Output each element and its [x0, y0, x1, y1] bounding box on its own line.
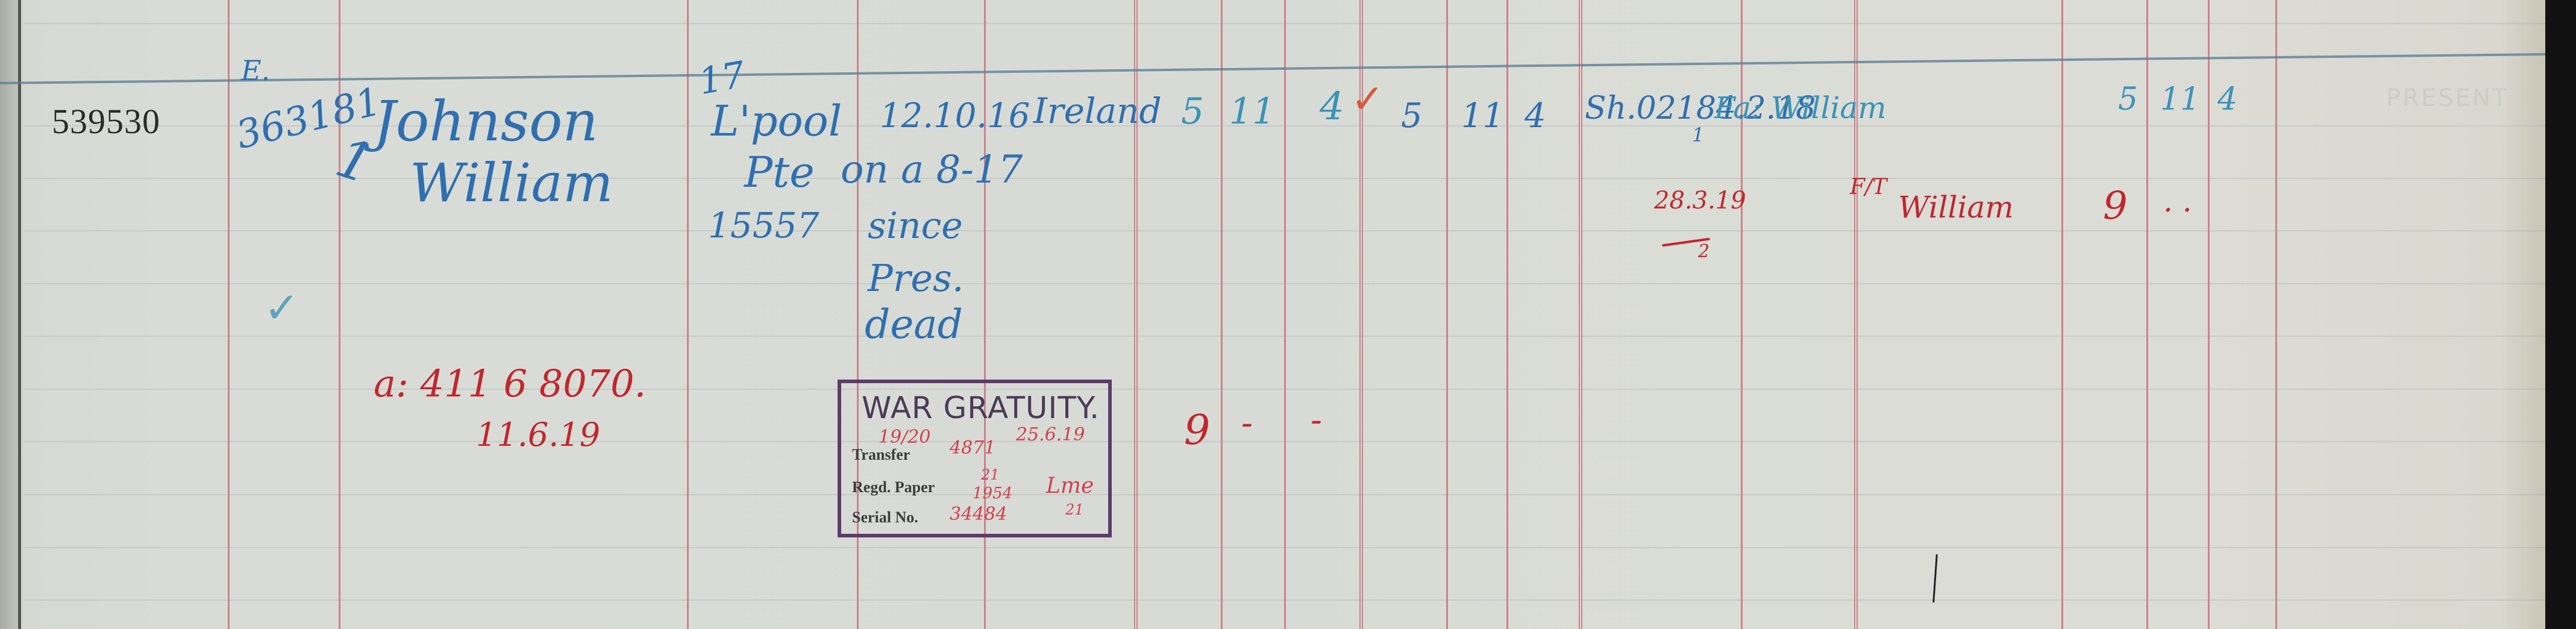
note-presumed: Pres. — [868, 256, 964, 300]
pale-rule — [24, 178, 2550, 179]
note-since: since — [868, 205, 963, 247]
amount-2-pounds: 5 — [1401, 96, 1423, 136]
second-payment-payee: William — [1898, 190, 2014, 225]
amount-3-pence: 4 — [2217, 81, 2237, 117]
column-rule — [1506, 0, 1508, 629]
stamp-title: WAR GRATUITY. — [862, 390, 1100, 425]
pale-rule — [24, 336, 2550, 337]
second-payment-sub: 2 — [1698, 241, 1709, 262]
forename: William — [410, 152, 613, 214]
second-payment-dots: . . — [2163, 184, 2192, 219]
binding-line — [18, 0, 21, 629]
stamp-paper-top: 21 — [981, 466, 1000, 483]
pale-rule — [24, 283, 2550, 284]
amount-3-pounds: 5 — [2118, 81, 2138, 117]
pale-rule — [24, 230, 2550, 231]
surname: Johnson — [374, 89, 598, 154]
column-rule — [1579, 0, 1580, 629]
binding-shadow — [0, 0, 19, 629]
pale-rule — [24, 441, 2550, 442]
authority-sub: 1 — [1692, 124, 1704, 146]
stamp-serial-sub: 21 — [1065, 501, 1084, 518]
stamp-label-transfer: Transfer — [852, 446, 910, 464]
red-date: 11.6.19 — [476, 416, 600, 454]
stamp-initials: Lme — [1046, 474, 1094, 498]
stray-pen-mark — [1932, 554, 1938, 602]
note-on-a: on a 8-17 — [841, 148, 1023, 192]
stamp-serial: 34484 — [950, 504, 1007, 525]
stamp-date: 25.6.19 — [1016, 424, 1085, 445]
red-reference: a: 411 6 8070. — [374, 361, 646, 405]
pale-rule — [24, 494, 2550, 495]
stamp-label-serial: Serial No. — [852, 509, 918, 527]
entry-separator-rule — [0, 53, 2550, 84]
column-rule — [1221, 0, 1223, 629]
unit: L'pool — [711, 96, 842, 146]
amount-1-shillings: 11 — [1229, 90, 1275, 133]
column-rule — [2275, 0, 2277, 629]
amount-2-shillings: 11 — [1461, 96, 1504, 136]
gratuity-amount: 9 — [1184, 407, 1210, 454]
stamp-fraction: 19/20 — [879, 427, 930, 448]
stamp-paper-bottom: 1954 — [973, 484, 1012, 502]
date-of-death: 12.10.16 — [880, 96, 1030, 136]
ledger-page: PRESENT 539530 E. 363181 1 Johnson Willi… — [0, 0, 2550, 629]
show-through-text: PRESENT — [2386, 84, 2509, 112]
book-edge — [2545, 0, 2576, 629]
second-payment-date: 28.3.19 — [1654, 187, 1746, 214]
column-rule — [1446, 0, 1448, 629]
stamp-transfer-no: 4871 — [950, 437, 995, 458]
second-payment-prefix: F/T — [1850, 175, 1887, 199]
amount-3-shillings: 11 — [2160, 81, 2200, 117]
amount-1-pence: 4 — [1320, 84, 1344, 129]
place: Ireland — [1033, 90, 1162, 131]
rank: Pte — [744, 148, 815, 197]
reference-top: E. — [241, 54, 270, 87]
war-gratuity-stamp: WAR GRATUITY. 19/20 25.6.19 Transfer 487… — [838, 380, 1112, 537]
column-rule — [2146, 0, 2148, 629]
register-number: 539530 — [52, 101, 160, 142]
unit-fraction: 17 — [696, 54, 748, 103]
pale-rule — [24, 547, 2550, 548]
note-dead: dead — [865, 301, 963, 348]
column-rule — [2061, 0, 2063, 629]
tick-icon: ✓ — [1351, 76, 1384, 122]
amount-1-pounds: 5 — [1181, 90, 1204, 133]
column-rule — [1284, 0, 1286, 629]
column-rule — [2208, 0, 2210, 629]
check-mark-icon: ✓ — [264, 283, 299, 333]
pale-rule — [24, 599, 2550, 601]
second-payment-amount: 9 — [2103, 184, 2128, 228]
amount-2-pence: 4 — [1525, 96, 1546, 136]
service-number: 15557 — [708, 205, 819, 246]
gratuity-dash-pence: - — [1311, 401, 1322, 440]
column-rule — [228, 0, 230, 629]
column-rule — [687, 0, 689, 629]
stamp-label-regd-paper: Regd. Paper — [852, 478, 935, 496]
payee: Fa: William — [1714, 90, 1887, 125]
pale-rule — [24, 23, 2550, 24]
gratuity-dash-shillings: - — [1241, 404, 1253, 443]
